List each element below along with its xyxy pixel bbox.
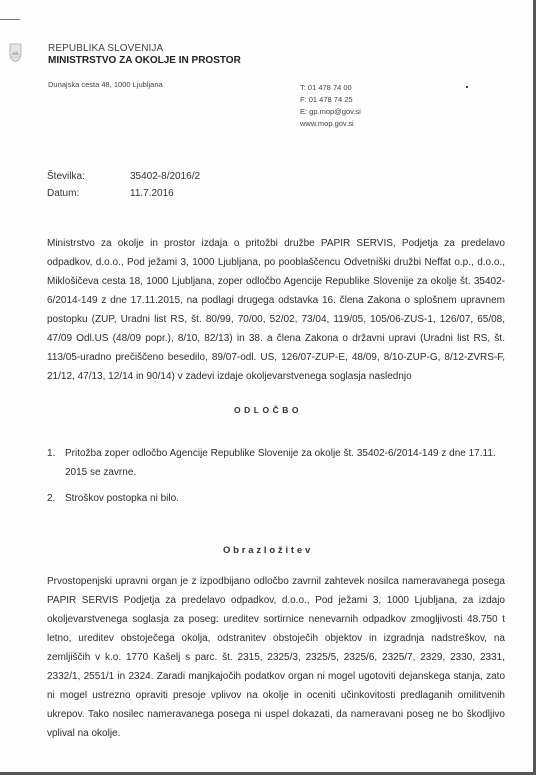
date-value: 11.7.2016 <box>130 186 174 203</box>
decision-item-text: Pritožba zoper odločbo Agencije Republik… <box>65 444 505 482</box>
document-page: REPUBLIKA SLOVENIJA MINISTRSTVO ZA OKOLJ… <box>0 0 536 775</box>
number-label: Številka: <box>47 169 130 186</box>
date-row: Datum: 11.7.2016 <box>47 186 200 203</box>
number-row: Številka: 35402-8/2016/2 <box>47 169 200 186</box>
scan-mark <box>0 19 20 20</box>
reasoning-heading: Obrazložitev <box>0 545 536 556</box>
header-address: Dunajska cesta 48, 1000 Ljubljana <box>48 80 163 89</box>
contact-fax: F: 01 478 74 25 <box>300 94 361 106</box>
contact-block: T: 01 478 74 00 F: 01 478 74 25 E: gp.mo… <box>300 82 361 130</box>
decision-item-number: 2. <box>47 489 65 508</box>
intro-paragraph: Ministrstvo za okolje in prostor izdaja … <box>47 234 505 386</box>
reasoning-paragraph: Prvostopenjski upravni organ je z izpodb… <box>47 572 505 743</box>
number-value: 35402-8/2016/2 <box>130 169 200 186</box>
decision-item: 2. Stroškov postopka ni bilo. <box>47 489 505 508</box>
header-ministry: MINISTRSTVO ZA OKOLJE IN PROSTOR <box>48 55 241 66</box>
contact-phone: T: 01 478 74 00 <box>300 82 361 94</box>
decision-heading: ODLOČBO <box>0 405 536 415</box>
contact-email: E: gp.mop@gov.si <box>300 106 361 118</box>
document-meta: Številka: 35402-8/2016/2 Datum: 11.7.201… <box>47 169 200 202</box>
decision-item-text: Stroškov postopka ni bilo. <box>65 489 179 508</box>
date-label: Datum: <box>47 186 130 203</box>
scan-speck <box>466 86 468 88</box>
header-republic: REPUBLIKA SLOVENIJA <box>48 43 163 54</box>
decision-item-number: 1. <box>47 444 65 482</box>
coat-of-arms-icon <box>9 43 22 62</box>
decision-item: 1. Pritožba zoper odločbo Agencije Repub… <box>47 444 505 482</box>
contact-web: www.mop.gov.si <box>300 118 361 130</box>
